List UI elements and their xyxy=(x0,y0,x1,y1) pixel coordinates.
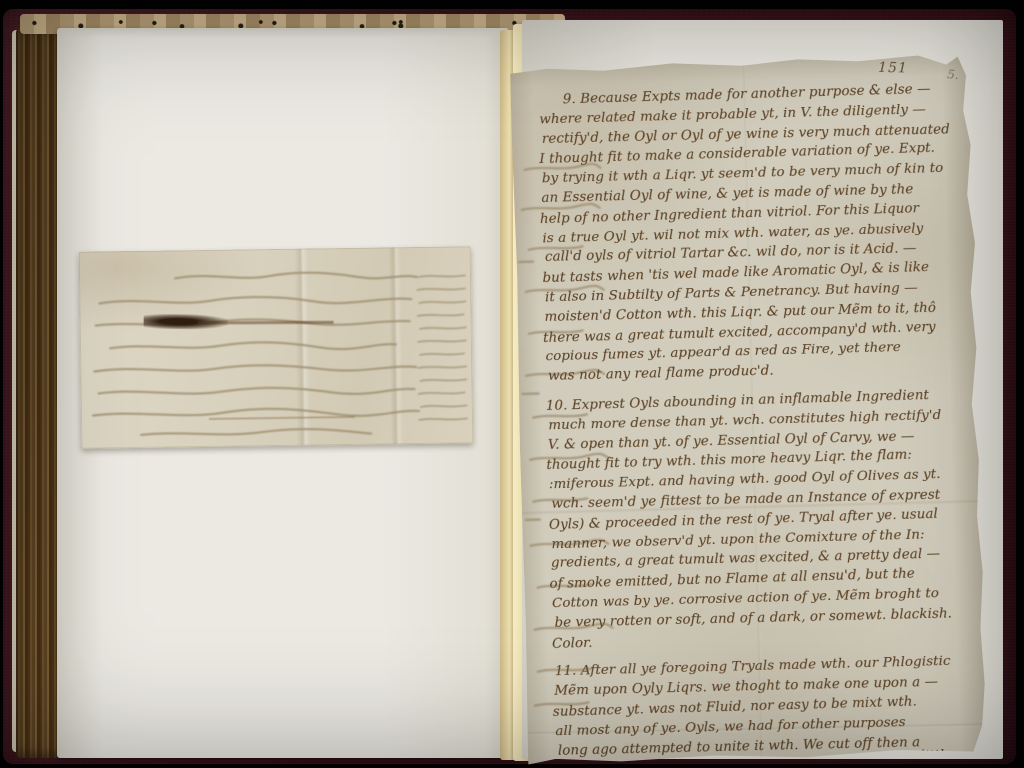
previous-leaf-top-edge xyxy=(534,9,994,24)
manuscript-leaf: 151 5. 9. Because Expts made for another… xyxy=(510,54,992,766)
manuscript-photo: 151 5. 9. Because Expts made for another… xyxy=(0,0,1024,768)
page-block-edges-left xyxy=(16,27,62,758)
paper-slip xyxy=(79,246,474,448)
folio-number: 151 xyxy=(878,60,908,77)
manuscript-text: 9. Because Expts made for another purpos… xyxy=(537,79,979,768)
